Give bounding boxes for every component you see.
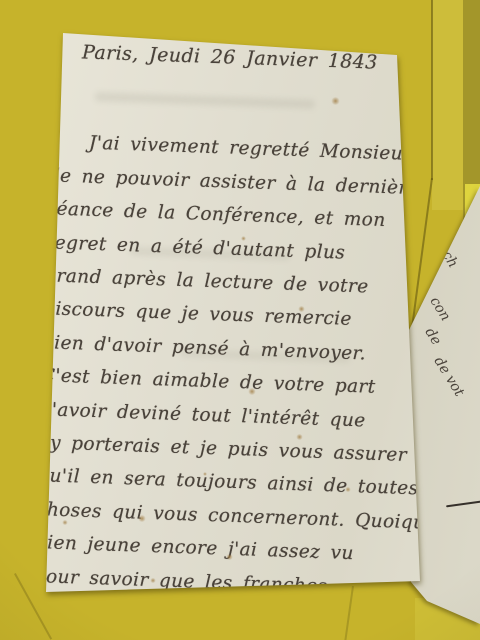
foxing-spot — [331, 97, 340, 105]
foxing-spot — [241, 236, 246, 241]
foxing-spot — [138, 515, 146, 522]
foxing-spot — [62, 520, 68, 525]
foxing-spot — [203, 472, 207, 476]
letter-dateline: Paris, Jeudi 26 Janvier 1843 — [52, 35, 389, 80]
photo-scene: ch con de de vot Paris, Jeudi 26 Janvier… — [0, 0, 480, 640]
foxing-spot — [226, 554, 233, 560]
letter-sheet: Paris, Jeudi 26 Janvier 1843 J'ai viveme… — [0, 0, 480, 640]
foxing-spot — [298, 306, 305, 312]
letter-text: Paris, Jeudi 26 Janvier 1843 J'ai viveme… — [33, 35, 388, 604]
foxing-spot — [150, 578, 156, 583]
foxing-spot — [296, 434, 303, 440]
letter-sheet-shadow: Paris, Jeudi 26 Janvier 1843 J'ai viveme… — [0, 0, 480, 640]
foxing-spot — [248, 388, 256, 395]
foxing-spot — [386, 42, 392, 48]
foxing-spot — [345, 487, 351, 492]
